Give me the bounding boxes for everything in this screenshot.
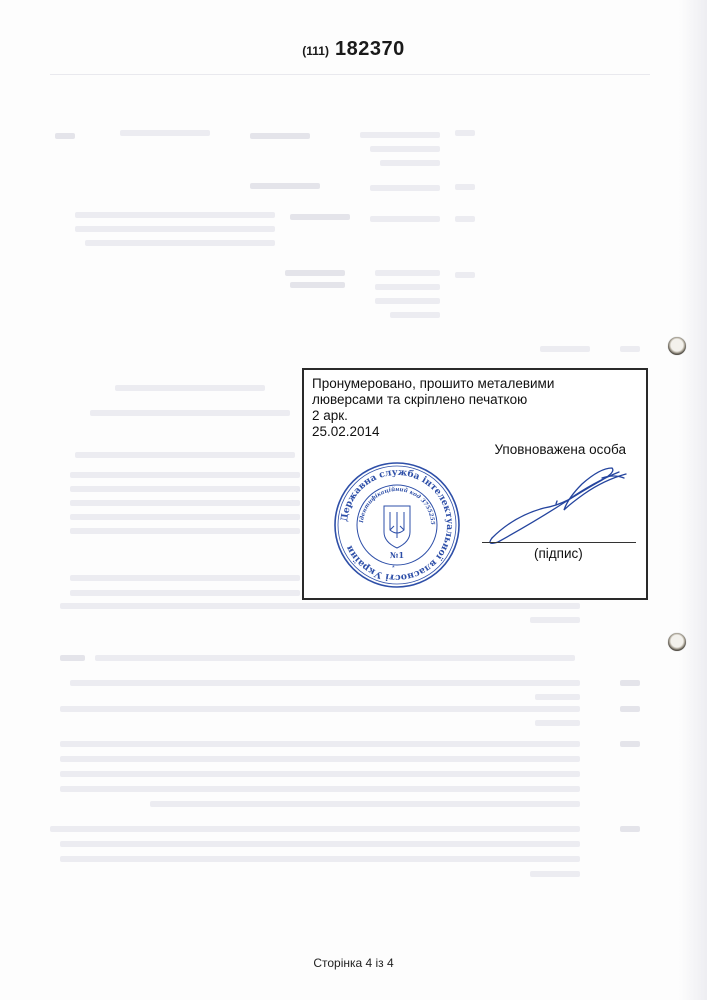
- patent-number: 182370: [335, 38, 405, 60]
- signature-caption: (підпис): [534, 546, 583, 561]
- show-through-rule: [50, 74, 650, 75]
- inid-code: (111): [302, 44, 329, 58]
- authorized-person-label: Уповноважена особа: [494, 442, 626, 457]
- seal-center-number: №1: [390, 550, 404, 560]
- cert-date: 25.02.2014: [312, 424, 554, 440]
- trident-emblem-icon: [384, 506, 410, 548]
- page-number: Сторінка 4 із 4: [0, 956, 707, 970]
- certification-box: Пронумеровано, прошито металевими люверс…: [302, 368, 648, 600]
- cert-line-1: Пронумеровано, прошито металевими: [312, 376, 554, 392]
- patent-number-header: (111)182370: [0, 38, 707, 61]
- eyelet-top: [668, 337, 686, 355]
- certification-text: Пронумеровано, прошито металевими люверс…: [312, 376, 554, 440]
- svg-text:*: *: [392, 565, 395, 572]
- handwritten-signature: [484, 460, 634, 550]
- official-seal-stamp: Державна служба інтелектуальної власност…: [332, 460, 462, 590]
- svg-text:*: *: [390, 576, 393, 583]
- eyelet-bottom: [668, 633, 686, 651]
- cert-line-2: люверсами та скріплено печаткою: [312, 392, 554, 408]
- signature-line: [482, 542, 636, 543]
- page-edge-shadow: [679, 0, 707, 1000]
- cert-sheet-count: 2 арк.: [312, 408, 554, 424]
